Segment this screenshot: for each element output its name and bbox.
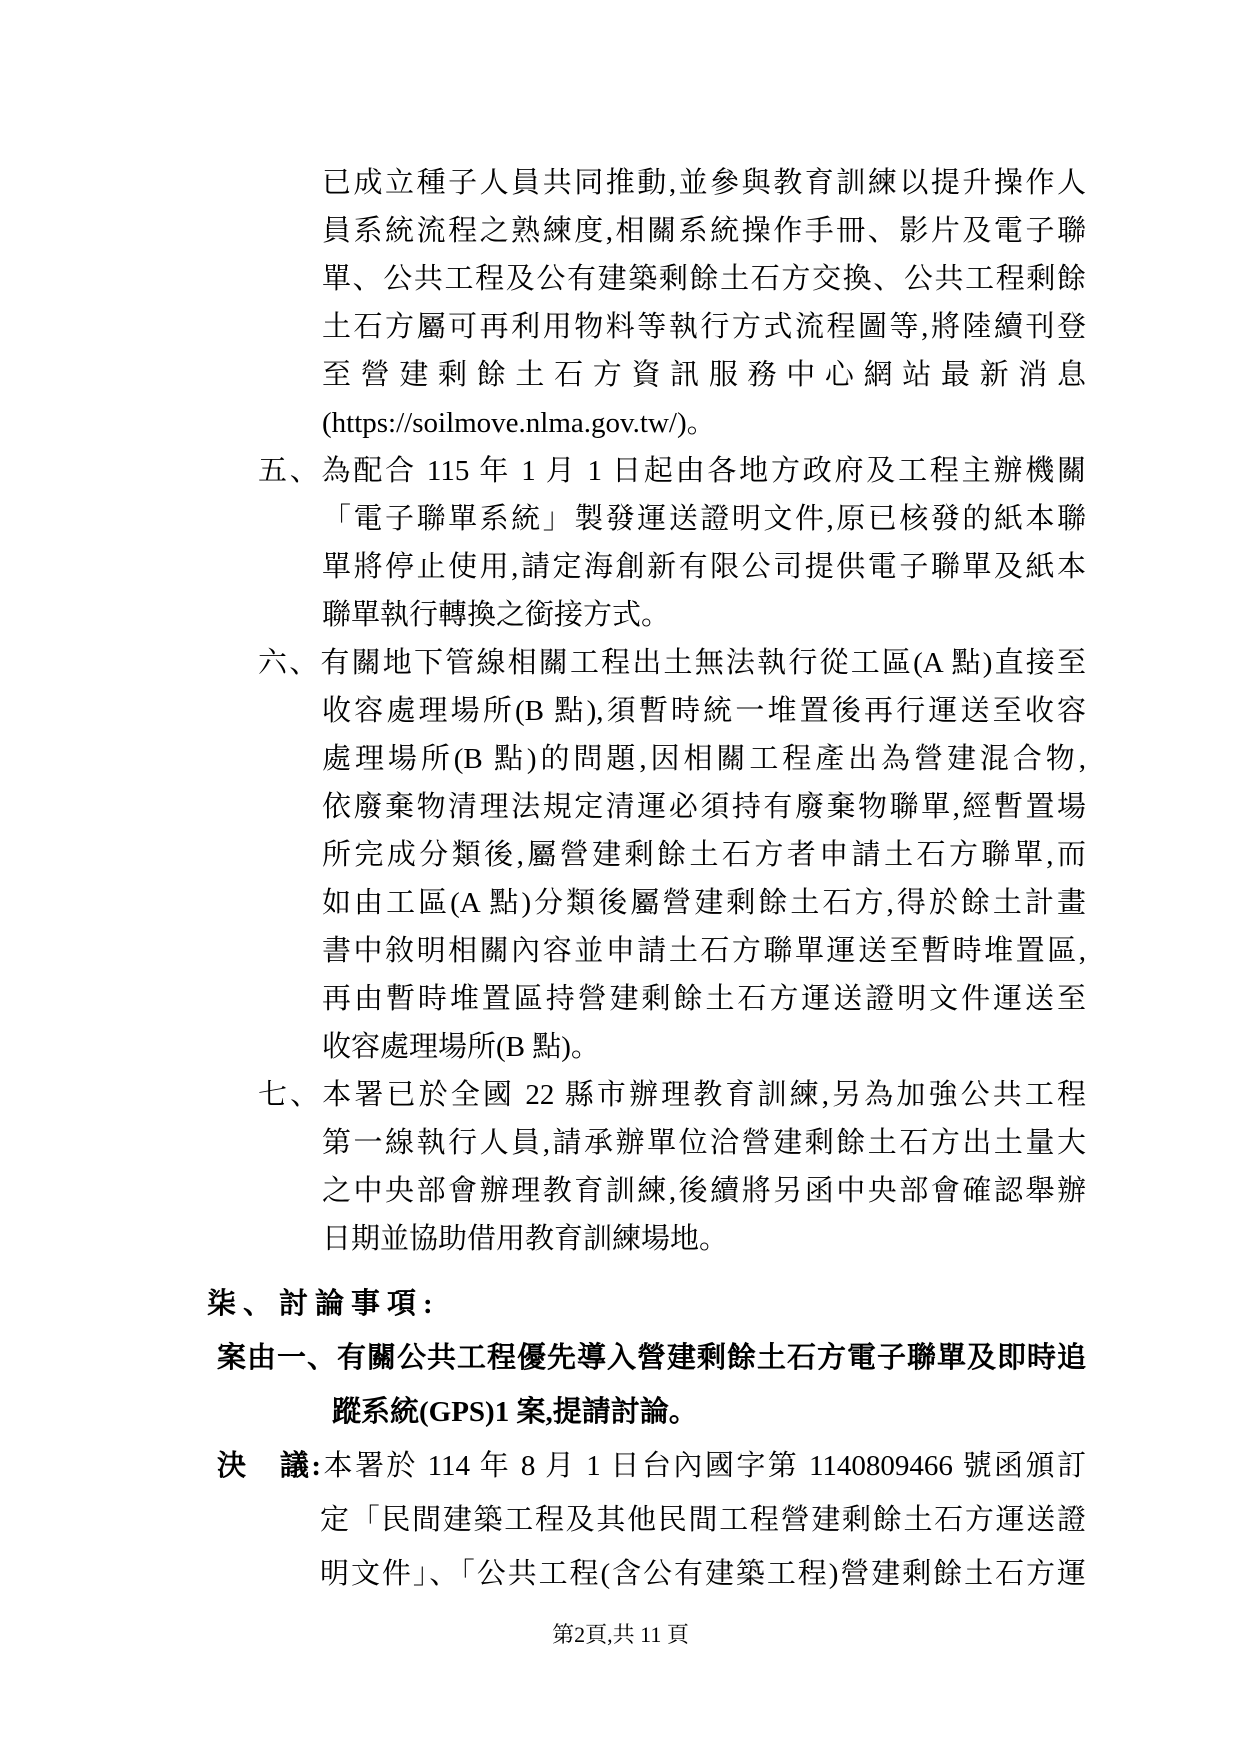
resolution-block: 決 議:本署於 114 年 8 月 1 日台內國字第 1140809466 號函… <box>0 1439 1241 1601</box>
text-line: 之中央部會辦理教育訓練,後續將另函中央部會確認舉辦 <box>322 1167 1086 1215</box>
list-item-first-line: 五、為配合 115 年 1 月 1 日起由各地方政府及工程主辦機關 <box>258 447 1086 495</box>
text-line: 單將停止使用,請定海創新有限公司提供電子聯單及紙本 <box>322 543 1086 591</box>
text-line: 明文件」、「公共工程(含公有建築工程)營建剩餘土石方運 <box>320 1547 1086 1601</box>
section-heading-discussion: 柒、討論事項: <box>207 1277 1241 1331</box>
case-title-wrap-line: 蹤系統(GPS)1 案,提請討論。 <box>332 1385 1086 1439</box>
list-item-first-line: 七、本署已於全國 22 縣市辦理教育訓練,另為加強公共工程 <box>258 1071 1086 1119</box>
list-item-first-line: 六、有關地下管線相關工程出土無法執行從工區(A 點)直接至 <box>258 639 1086 687</box>
page-number-footer: 第2頁,共 11 頁 <box>0 1622 1241 1648</box>
resolution-label: 決 議: <box>217 1450 321 1482</box>
section-gap <box>0 1263 1241 1277</box>
document-page: 已成立種子人員共同推動,並參與教育訓練以提升操作人 員系統流程之熟練度,相關系統… <box>0 0 1241 1755</box>
list-item-6: 六、有關地下管線相關工程出土無法執行從工區(A 點)直接至 收容處理場所(B 點… <box>0 639 1241 1071</box>
text-line: 第一線執行人員,請承辦單位洽營建剩餘土石方出土量大 <box>322 1119 1086 1167</box>
text-line: 收容處理場所(B 點),須暫時統一堆置後再行運送至收容 <box>322 687 1086 735</box>
text-line: 所完成分類後,屬營建剩餘土石方者申請土石方聯單,而 <box>322 831 1086 879</box>
list-item-7: 七、本署已於全國 22 縣市辦理教育訓練,另為加強公共工程 第一線執行人員,請承… <box>0 1071 1241 1263</box>
text-line: 聯單執行轉換之銜接方式。 <box>322 591 1086 639</box>
text-line: 單、公共工程及公有建築剩餘土石方交換、公共工程剩餘 <box>322 255 1086 303</box>
text-line: 再由暫時堆置區持營建剩餘土石方運送證明文件運送至 <box>322 975 1086 1023</box>
text-line: 員系統流程之熟練度,相關系統操作手冊、影片及電子聯 <box>322 207 1086 255</box>
case-title-first-line: 案由一、有關公共工程優先導入營建剩餘土石方電子聯單及即時追 <box>217 1331 1086 1385</box>
text-line: 土石方屬可再利用物料等執行方式流程圖等,將陸續刊登 <box>322 303 1086 351</box>
text-line: 依廢棄物清理法規定清運必須持有廢棄物聯單,經暫置場 <box>322 783 1086 831</box>
case-1-title: 案由一、有關公共工程優先導入營建剩餘土石方電子聯單及即時追 蹤系統(GPS)1 … <box>0 1331 1241 1439</box>
resolution-first-line: 決 議:本署於 114 年 8 月 1 日台內國字第 1140809466 號函… <box>217 1439 1086 1493</box>
text-line: 至營建剩餘土石方資訊服務中心網站最新消息 <box>322 351 1086 399</box>
resolution-text: 本署於 114 年 8 月 1 日台內國字第 1140809466 號函頒訂 <box>321 1450 1086 1482</box>
text-line: 定「民間建築工程及其他民間工程營建剩餘土石方運送證 <box>320 1493 1086 1547</box>
text-line: 書中敘明相關內容並申請土石方聯單運送至暫時堆置區, <box>322 927 1086 975</box>
text-line: 收容處理場所(B 點)。 <box>322 1023 1086 1071</box>
text-line: 已成立種子人員共同推動,並參與教育訓練以提升操作人 <box>322 159 1086 207</box>
text-line: 處理場所(B 點)的問題,因相關工程產出為營建混合物, <box>322 735 1086 783</box>
text-line: 日期並協助借用教育訓練場地。 <box>322 1215 1086 1263</box>
text-line: 如由工區(A 點)分類後屬營建剩餘土石方,得於餘土計畫 <box>322 879 1086 927</box>
text-line: 「電子聯單系統」製發運送證明文件,原已核發的紙本聯 <box>322 495 1086 543</box>
paragraph-continuation: 已成立種子人員共同推動,並參與教育訓練以提升操作人 員系統流程之熟練度,相關系統… <box>0 159 1241 447</box>
url-text-line: (https://soilmove.nlma.gov.tw/)。 <box>322 399 1086 447</box>
list-item-5: 五、為配合 115 年 1 月 1 日起由各地方政府及工程主辦機關 「電子聯單系… <box>0 447 1241 639</box>
